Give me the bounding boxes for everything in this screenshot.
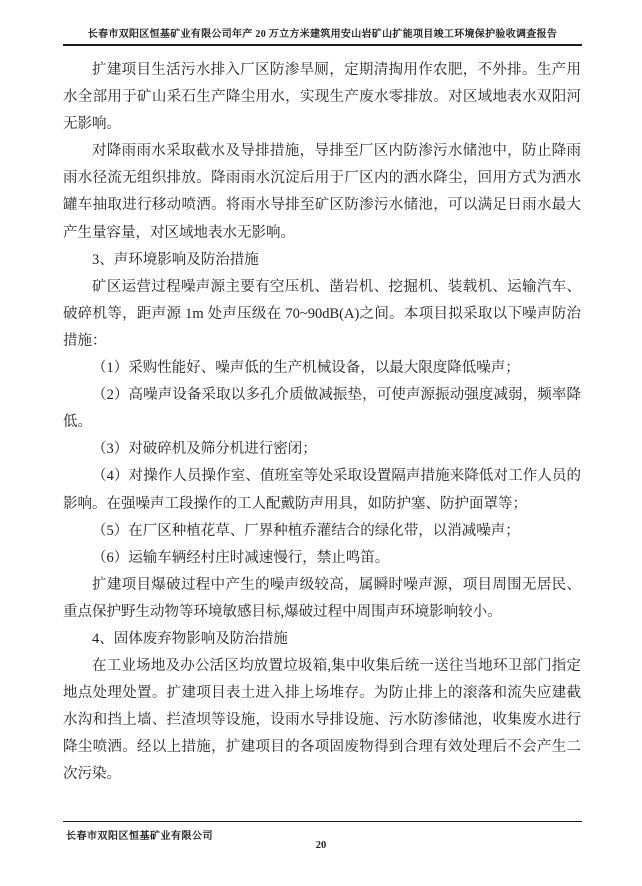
paragraph: （4）对操作人员操作室、值班室等处采取设置隔声措施来降低对工作人员的影响。在强噪… [63,463,581,517]
section-heading: 4、固体废弃物影响及防治措施 [63,626,581,653]
paragraph: 扩建项目爆破过程中产生的噪声级较高，属瞬时噪声源，项目周围无居民、重点保护野生动… [63,572,581,626]
paragraph: （2）高噪声设备采取以多孔介质做减振垫，可使声源振动强度减弱，频率降低。 [63,382,581,436]
paragraph: （5）在厂区种植花草、厂界种植乔灌结合的绿化带，以消减噪声； [63,518,581,545]
paragraph: 扩建项目生活污水排入厂区防渗旱厕，定期清掏用作农肥，不外排。生产用水全部用于矿山… [63,57,581,138]
running-header-title: 长春市双阳区恒基矿业有限公司年产 20 万立方米建筑用安山岩矿山扩能项目竣工环境… [63,25,582,46]
document-body: 扩建项目生活污水排入厂区防渗旱厕，定期清掏用作农肥，不外排。生产用水全部用于矿山… [63,57,581,789]
footer-divider [63,821,582,822]
section-heading: 3、声环境影响及防治措施 [63,247,581,274]
paragraph: （3）对破碎机及筛分机进行密闭； [63,436,581,463]
page-number: 20 [0,840,642,851]
paragraph: 矿区运营过程噪声源主要有空压机、凿岩机、挖掘机、装载机、运输汽车、破碎机等，距声… [63,274,581,355]
paragraph: 对降雨雨水采取截水及导排措施，导排至厂区内防渗污水储池中，防止降雨雨水径流无组织… [63,138,581,246]
paragraph: 在工业场地及办公活区均放置垃圾箱,集中收集后统一送往当地环卫部门指定地点处理处置… [63,653,581,788]
document-page: 长春市双阳区恒基矿业有限公司年产 20 万立方米建筑用安山岩矿山扩能项目竣工环境… [0,0,642,886]
paragraph: （6）运输车辆经村庄时减速慢行，禁止鸣笛。 [63,545,581,572]
paragraph: （1）采购性能好、噪声低的生产机械设备，以最大限度降低噪声； [63,355,581,382]
